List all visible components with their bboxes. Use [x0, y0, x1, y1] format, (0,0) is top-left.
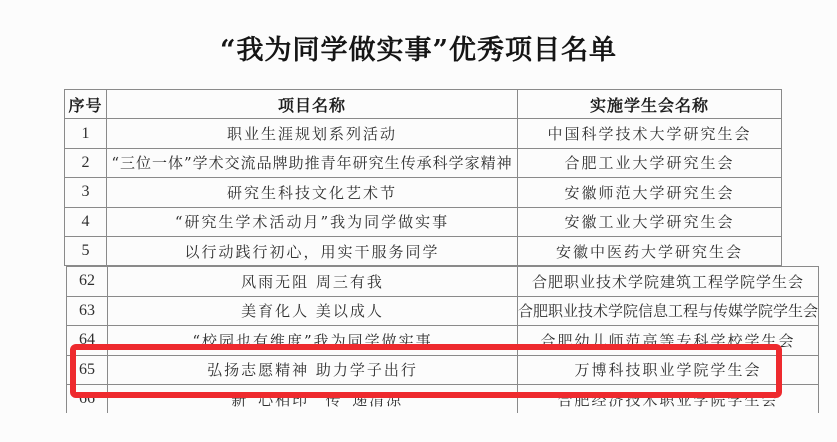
row-number: 2: [65, 148, 107, 177]
row-project: 职业生涯规划系列活动: [107, 119, 518, 148]
row-number: 5: [65, 236, 107, 265]
row-union: 万博科技职业学院学生会: [518, 355, 819, 385]
row-project: 美育化人 美以成人: [108, 296, 518, 326]
row-project: 研究生科技文化艺术节: [107, 178, 518, 207]
row-project: 弘扬志愿精神 助力学子出行: [108, 355, 518, 385]
header-union-name: 实施学生会名称: [518, 90, 782, 119]
table-row: 62 风雨无阻 周三有我 合肥职业技术学院建筑工程学院学生会: [67, 267, 819, 297]
row-number: 1: [65, 119, 107, 148]
row-union: 合肥职业技术学院信息工程与传媒学院学生会: [518, 296, 819, 326]
row-union: 合肥经济技术职业学院学生会: [518, 385, 819, 415]
projects-table-bottom: 62 风雨无阻 周三有我 合肥职业技术学院建筑工程学院学生会 63 美育化人 美…: [66, 266, 819, 415]
row-number: 62: [67, 267, 108, 297]
row-number: 66: [67, 385, 108, 415]
row-number: 65: [67, 355, 108, 385]
table-row: 64 “校园也有维度”我为同学做实事 合肥幼儿师范高等专科学校学生会: [67, 326, 819, 356]
table-header-row: 序号 项目名称 实施学生会名称: [65, 90, 782, 119]
row-union: 合肥职业技术学院建筑工程学院学生会: [518, 267, 819, 297]
row-union: 中国科学技术大学研究生会: [518, 119, 782, 148]
row-union: 安徽工业大学研究生会: [518, 207, 782, 236]
row-union: 合肥工业大学研究生会: [518, 148, 782, 177]
row-project: “三位一体”学术交流品牌助推青年研究生传承科学家精神: [107, 148, 518, 177]
table-row: 66 “新”心相印 “传”递清凉 合肥经济技术职业学院学生会: [67, 385, 819, 415]
table-row: 2 “三位一体”学术交流品牌助推青年研究生传承科学家精神 合肥工业大学研究生会: [65, 148, 782, 177]
row-union: 安徽师范大学研究生会: [518, 178, 782, 207]
row-number: 4: [65, 207, 107, 236]
table-row: 1 职业生涯规划系列活动 中国科学技术大学研究生会: [65, 119, 782, 148]
page-crop-edge: [0, 413, 837, 442]
row-number: 63: [67, 296, 108, 326]
document-title: “我为同学做实事”优秀项目名单: [0, 28, 837, 67]
row-number: 3: [65, 178, 107, 207]
row-union: 合肥幼儿师范高等专科学校学生会: [518, 326, 819, 356]
table-row: 63 美育化人 美以成人 合肥职业技术学院信息工程与传媒学院学生会: [67, 296, 819, 326]
row-number: 64: [67, 326, 108, 356]
table-row: 4 “研究生学术活动月”我为同学做实事 安徽工业大学研究生会: [65, 207, 782, 236]
table-row: 3 研究生科技文化艺术节 安徽师范大学研究生会: [65, 178, 782, 207]
row-project: “研究生学术活动月”我为同学做实事: [107, 207, 518, 236]
header-number: 序号: [65, 90, 107, 119]
table-row: 5 以行动践行初心，用实干服务同学 安徽中医药大学研究生会: [65, 236, 782, 265]
row-project: 以行动践行初心，用实干服务同学: [107, 236, 518, 265]
row-union: 安徽中医药大学研究生会: [518, 236, 782, 265]
table-row-highlighted: 65 弘扬志愿精神 助力学子出行 万博科技职业学院学生会: [67, 355, 819, 385]
row-project: “校园也有维度”我为同学做实事: [108, 326, 518, 356]
header-project-name: 项目名称: [107, 90, 518, 119]
row-project: 风雨无阻 周三有我: [108, 267, 518, 297]
projects-table-top: 序号 项目名称 实施学生会名称 1 职业生涯规划系列活动 中国科学技术大学研究生…: [64, 89, 782, 266]
row-project: “新”心相印 “传”递清凉: [108, 385, 518, 415]
